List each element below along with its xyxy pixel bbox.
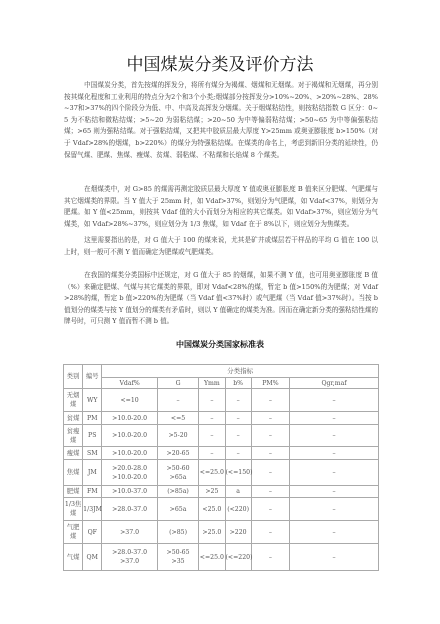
cell-category: 1/3焦煤 — [64, 498, 83, 521]
cell-y: – — [199, 425, 225, 447]
cell-category: 贫瘦煤 — [64, 425, 83, 447]
cell-pm: – — [251, 425, 289, 447]
cell-qgr: – — [290, 389, 379, 412]
header-pm: PM% — [251, 378, 289, 389]
cell-vdaf: >28.0-37.0 — [102, 498, 158, 521]
table-row: 无烟煤 WY <=10 – – – – – — [64, 389, 379, 412]
cell-qgr: – — [290, 521, 379, 544]
table-row: 贫煤 PM >10.0-20.0 <=5 – – – – — [64, 412, 379, 425]
cell-vdaf: >37.0 — [102, 521, 158, 544]
cell-pm: – — [251, 412, 289, 425]
cell-g: <=5 — [157, 412, 198, 425]
cell-pm: – — [251, 544, 289, 571]
table-row: 气煤 QM >28.0-37.0>37.0 >50-65>35 <=25.0 (… — [64, 544, 379, 571]
cell-qgr: – — [290, 498, 379, 521]
cell-b: >220 — [225, 521, 251, 544]
cell-category: 贫煤 — [64, 412, 83, 425]
cell-code: QF — [83, 521, 102, 544]
paragraph-text: 这里需要指出的是，对 G 值大于 100 的煤来说，尤其是矿井或煤层若干样品的平… — [64, 236, 378, 256]
cell-y: <=25.0 — [199, 544, 225, 571]
cell-y: <=25.0 — [199, 460, 225, 486]
cell-g-line2: >35 — [158, 557, 198, 566]
cell-code: WY — [83, 389, 102, 412]
cell-category: 无烟煤 — [64, 389, 83, 412]
cell-pm: – — [251, 521, 289, 544]
table-row: 贫瘦煤 PS >10.0-20.0 >5-20 – – – – — [64, 425, 379, 447]
table-row: 瘦煤 SM >10.0-20.0 >20-65 – – – – — [64, 447, 379, 460]
header-y: Ymm — [199, 378, 225, 389]
cell-qgr: – — [290, 486, 379, 498]
cell-qgr: – — [290, 460, 379, 486]
cell-g: >5-20 — [157, 425, 198, 447]
paragraph-text: 在我国的煤类分类国标中还规定，对 G 值大于 85 的烟煤，如果不测 Y 值，也… — [64, 271, 378, 325]
cell-pm: – — [251, 447, 289, 460]
cell-vdaf-line2: >37.0 — [102, 557, 157, 566]
cell-y: >25.0 — [199, 521, 225, 544]
cell-qgr: – — [290, 412, 379, 425]
cell-vdaf: >10.0-20.0 — [102, 412, 158, 425]
cell-g: >50-60>65a — [157, 460, 198, 486]
cell-y: – — [199, 447, 225, 460]
cell-g: >50-65>35 — [157, 544, 198, 571]
cell-b: a — [225, 486, 251, 498]
cell-b: (<=220) — [225, 544, 251, 571]
cell-pm: – — [251, 498, 289, 521]
cell-g-line2: >65a — [158, 473, 198, 482]
page-title: 中国煤炭分类及评价方法 — [0, 50, 440, 75]
table-row: 气肥煤 QF >37.0 (>85) >25.0 >220 – – — [64, 521, 379, 544]
cell-g: (>85) — [157, 521, 198, 544]
cell-b: – — [225, 447, 251, 460]
cell-vdaf-line1: >28.0-37.0 — [102, 548, 157, 557]
paragraph-g100: 这里需要指出的是，对 G 值大于 100 的煤来说，尤其是矿井或煤层若干样品的平… — [64, 235, 378, 258]
cell-g-line1: >50-65 — [158, 548, 198, 557]
cell-b: – — [225, 425, 251, 447]
cell-pm: – — [251, 389, 289, 412]
paragraph-text: 中国煤炭分类，首先按煤的挥发分，将所有煤分为褐煤、烟煤和无烟煤。对于褐煤和无烟煤… — [64, 81, 378, 159]
coal-classification-table: 类别 编号 分类指标 Vdaf% G Ymm b% PM% Qgr,maf 无烟… — [63, 364, 379, 571]
cell-code: QM — [83, 544, 102, 571]
paragraph-bituminous: 在烟煤类中，对 G>85 的煤需再测定胶质层最大厚度 Y 值或奥亚膨胀度 B 值… — [64, 184, 378, 230]
cell-g: >20-65 — [157, 447, 198, 460]
cell-g: – — [157, 389, 198, 412]
header-g: G — [157, 378, 198, 389]
cell-qgr: – — [290, 425, 379, 447]
cell-vdaf-line1: >20.0-28.0 — [102, 464, 157, 473]
cell-qgr: – — [290, 447, 379, 460]
cell-category: 肥煤 — [64, 486, 83, 498]
cell-b: (<220) — [225, 498, 251, 521]
cell-y: >25 — [199, 486, 225, 498]
table-row: 焦煤 JM >20.0-28.0>10.0-20.0 >50-60>65a <=… — [64, 460, 379, 486]
cell-category: 气煤 — [64, 544, 83, 571]
cell-vdaf: >10.0-20.0 — [102, 425, 158, 447]
table-row: 1/3焦煤 1/3JM >28.0-37.0 >65a <25.0 (<220)… — [64, 498, 379, 521]
header-b: b% — [225, 378, 251, 389]
table-row: 肥煤 FM >10.0-37.0 (>85a) >25 a – – — [64, 486, 379, 498]
paragraph-national-standard: 在我国的煤类分类国标中还规定，对 G 值大于 85 的烟煤，如果不测 Y 值，也… — [64, 270, 378, 328]
cell-g: (>85a) — [157, 486, 198, 498]
cell-b: – — [225, 389, 251, 412]
cell-g-line1: >50-60 — [158, 464, 198, 473]
header-qgr: Qgr,maf — [290, 378, 379, 389]
header-vdaf: Vdaf% — [102, 378, 158, 389]
paragraph-intro: 中国煤炭分类，首先按煤的挥发分，将所有煤分为褐煤、烟煤和无烟煤。对于褐煤和无烟煤… — [64, 80, 378, 161]
cell-code: PM — [83, 412, 102, 425]
cell-vdaf: >28.0-37.0>37.0 — [102, 544, 158, 571]
header-code: 编号 — [83, 365, 102, 389]
cell-category: 瘦煤 — [64, 447, 83, 460]
cell-code: JM — [83, 460, 102, 486]
cell-pm: – — [251, 460, 289, 486]
cell-code: PS — [83, 425, 102, 447]
cell-pm: – — [251, 486, 289, 498]
table-title: 中国煤炭分类国家标准表 — [0, 339, 440, 350]
cell-vdaf: >10.0-20.0 — [102, 447, 158, 460]
header-group: 分类指标 — [102, 365, 379, 378]
header-category: 类别 — [64, 365, 83, 389]
cell-vdaf: <=10 — [102, 389, 158, 412]
cell-vdaf: >20.0-28.0>10.0-20.0 — [102, 460, 158, 486]
cell-vdaf-line2: >10.0-20.0 — [102, 473, 157, 482]
cell-category: 气肥煤 — [64, 521, 83, 544]
cell-y: – — [199, 412, 225, 425]
cell-code: 1/3JM — [83, 498, 102, 521]
cell-category: 焦煤 — [64, 460, 83, 486]
cell-b: (<=150) — [225, 460, 251, 486]
cell-y: – — [199, 389, 225, 412]
cell-code: SM — [83, 447, 102, 460]
paragraph-text: 在烟煤类中，对 G>85 的煤需再测定胶质层最大厚度 Y 值或奥亚膨胀度 B 值… — [64, 185, 378, 228]
cell-code: FM — [83, 486, 102, 498]
cell-qgr: – — [290, 544, 379, 571]
cell-y: <25.0 — [199, 498, 225, 521]
cell-vdaf: >10.0-37.0 — [102, 486, 158, 498]
cell-b: – — [225, 412, 251, 425]
cell-g: >65a — [157, 498, 198, 521]
